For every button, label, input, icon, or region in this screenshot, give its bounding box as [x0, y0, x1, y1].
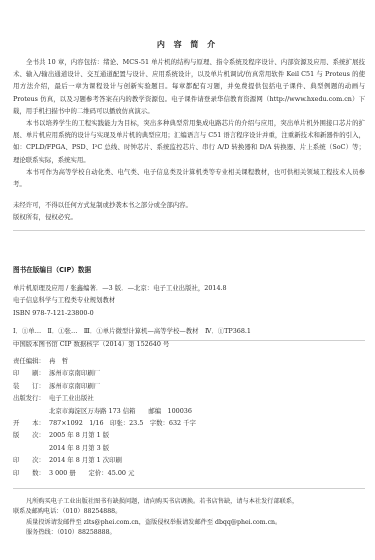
cip-line-isbn: ISBN 978-7-121-23800-0 [13, 307, 365, 319]
pub-row-publisher: 出版发行：电子工业出版社 [13, 392, 365, 404]
pub-row-format: 开 本：787×1092 1/16 印张：23.5 字数：632 千字 [13, 417, 365, 429]
pub-row-printer: 印 刷：涿州市京南印刷厂 [13, 367, 365, 379]
intro-paragraph-1: 全书共 10 章，内容包括：绪论、MCS-51 单片机的结构与原理、指令系统及程… [13, 56, 365, 117]
divider [13, 340, 365, 341]
cip-line-series: 电子信息科学与工程类专业规划教材 [13, 294, 365, 306]
intro-paragraph-3: 本书可作为高等学校自动化类、电气类、电子信息类及计算机类等专业相关课程教材，也可… [13, 166, 365, 190]
publication-info: 责任编辑：冉 哲 印 刷：涿州市京南印刷厂 装 订：涿州市京南印刷厂 出版发行：… [13, 355, 365, 479]
pub-row-editor: 责任编辑：冉 哲 [13, 355, 365, 367]
footer-contact: 凡所购买电子工业出版社图书有缺损问题，请向购买书店调换。若书店售缺，请与本社发行… [13, 497, 365, 539]
footer-line: 联系及邮购电话：（010）88254888。 [13, 507, 365, 517]
notice-line: 版权所有，侵权必究。 [13, 211, 365, 223]
cip-classification: Ⅰ．①单… Ⅱ．①张… Ⅲ．①单片微型计算机—高等学校—教材 Ⅳ．①TP368.… [13, 325, 365, 337]
cip-line-title: 单片机原理及应用 / 张鑫编著．—3 版．—北京：电子工业出版社，2014.8 [13, 282, 365, 294]
pub-row-address: 北京市海淀区万寿路 173 信箱 邮编 100036 [13, 405, 365, 417]
footer-line: 服务热线：（010）88258888。 [13, 528, 365, 538]
pub-row-impression: 印 次：2014 年 8 月第 1 次印刷 [13, 454, 365, 466]
pub-row-edition: 版 次：2005 年 8 月第 1 版 [13, 429, 365, 441]
footer-line: 凡所购买电子工业出版社图书有缺损问题，请向购买书店调换。若书店售缺，请与本社发行… [13, 497, 365, 507]
divider [13, 488, 365, 489]
footer-line: 质量投诉请发邮件至 zlts@phei.com.cn，盗版侵权举报请发邮件至 d… [13, 518, 365, 528]
intro-section: 全书共 10 章，内容包括：绪论、MCS-51 单片机的结构与原理、指令系统及程… [13, 56, 365, 190]
notice-line: 未经许可，不得以任何方式复制或抄袭本书之部分或全部内容。 [13, 199, 365, 211]
divider [13, 230, 365, 231]
intro-title: 内 容 简 介 [0, 39, 375, 50]
pub-row-print-run: 印 数：3 000 册 定价：45.00 元 [13, 467, 365, 479]
cip-heading: 图书在版编目（CIP）数据 [13, 264, 91, 274]
copyright-page: 内 容 简 介 全书共 10 章，内容包括：绪论、MCS-51 单片机的结构与原… [0, 0, 375, 560]
pub-row-edition-2: 2014 年 8 月第 3 版 [13, 442, 365, 454]
intro-paragraph-2: 本书以培养学生的工程实践能力为目标，突出多种典型常用集成电路芯片的介绍与应用，突… [13, 117, 365, 166]
pub-row-binder: 装 订：涿州市京南印刷厂 [13, 380, 365, 392]
